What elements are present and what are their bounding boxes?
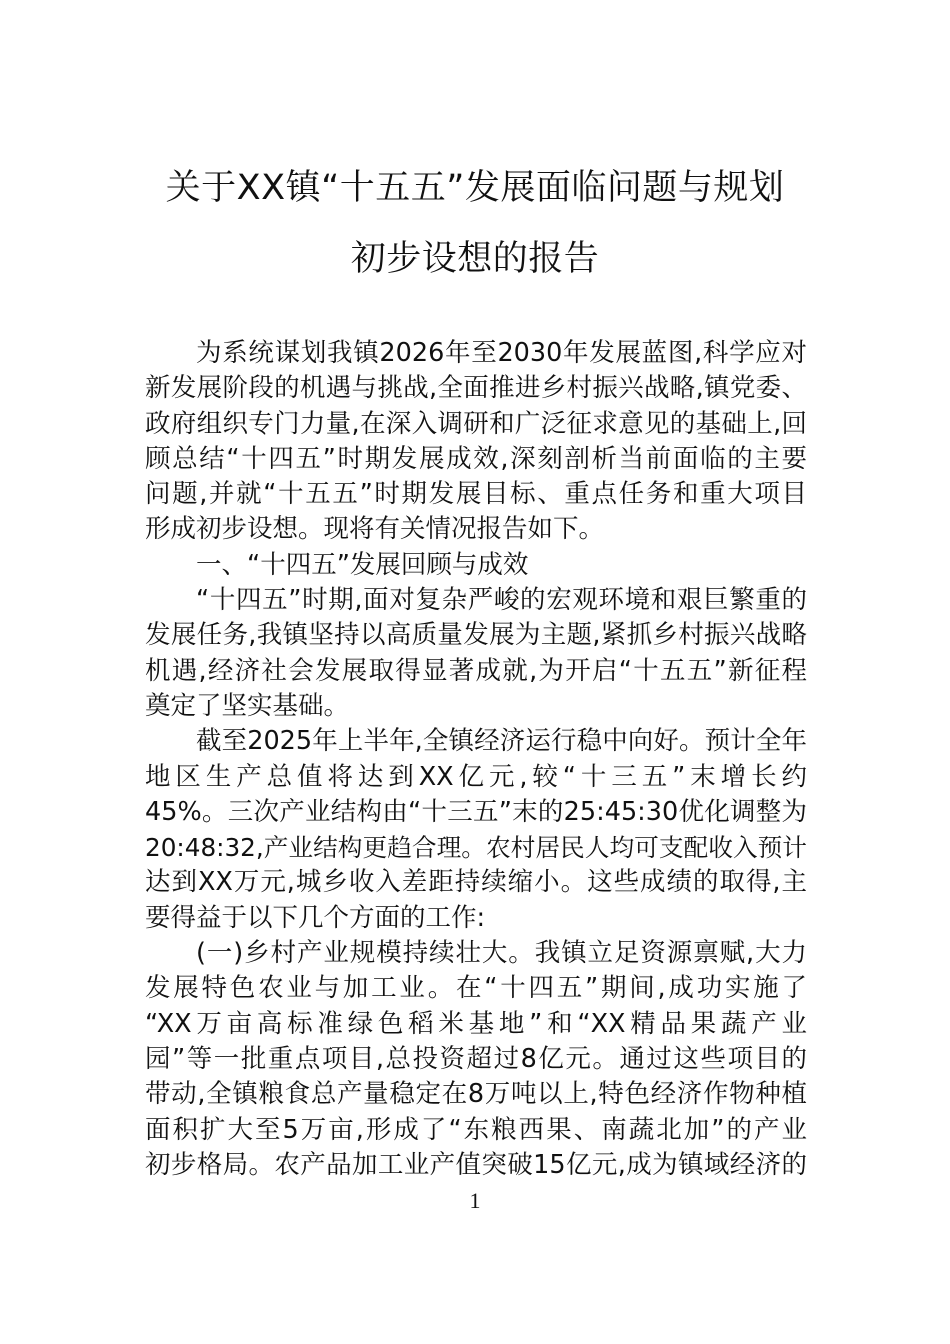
body-text-line: 一、“十四五”发展回顾与成效 — [145, 548, 807, 583]
body-text-line: 截至2025年上半年,全镇经济运行稳中向好。预计全年 — [145, 724, 807, 759]
body-text-line: 45%。三次产业结构由“十三五”末的25:45:30优化调整为 — [145, 795, 807, 830]
body-text-line: 地区生产总值将达到XX亿元,较“十三五”末增长约 — [145, 760, 807, 795]
body-text-line: 新发展阶段的机遇与挑战,全面推进乡村振兴战略,镇党委、 — [145, 371, 807, 406]
body-text-line: 20:48:32,产业结构更趋合理。农村居民人均可支配收入预计 — [145, 830, 807, 865]
body-text-line: 顾总结“十四五”时期发展成效,深刻剖析当前面临的主要 — [145, 442, 807, 477]
title-line-2: 初步设想的报告 — [140, 239, 810, 279]
body-text-line: 带动,全镇粮食总产量稳定在8万吨以上,特色经济作物种植 — [145, 1077, 807, 1112]
body-text-line: 为系统谋划我镇2026年至2030年发展蓝图,科学应对 — [145, 336, 807, 371]
body-text-line: 形成初步设想。现将有关情况报告如下。 — [145, 512, 807, 547]
body-text-line: “XX万亩高标准绿色稻米基地”和“XX精品果蔬产业 — [145, 1007, 807, 1042]
title-line-1: 关于XX镇“十五五”发展面临问题与规划 — [140, 168, 810, 208]
body-text-line: (一)乡村产业规模持续壮大。我镇立足资源禀赋,大力 — [145, 936, 807, 971]
body-text-line: 初步格局。农产品加工业产值突破15亿元,成为镇域经济的 — [145, 1148, 807, 1183]
body-text-line: 园”等一批重点项目,总投资超过8亿元。通过这些项目的 — [145, 1042, 807, 1077]
document-page: 关于XX镇“十五五”发展面临问题与规划 初步设想的报告 为系统谋划我镇2026年… — [0, 0, 950, 1344]
body-text-line: 面积扩大至5万亩,形成了“东粮西果、南蔬北加”的产业 — [145, 1113, 807, 1148]
document-title: 关于XX镇“十五五”发展面临问题与规划 初步设想的报告 — [140, 168, 810, 279]
body-text-line: 发展特色农业与加工业。在“十四五”期间,成功实施了 — [145, 971, 807, 1006]
body-text-line: 问题,并就“十五五”时期发展目标、重点任务和重大项目 — [145, 477, 807, 512]
body-text-line: “十四五”时期,面对复杂严峻的宏观环境和艰巨繁重的 — [145, 583, 807, 618]
page-number: 1 — [0, 1188, 950, 1214]
document-body: 为系统谋划我镇2026年至2030年发展蓝图,科学应对新发展阶段的机遇与挑战,全… — [145, 336, 807, 1183]
body-text-line: 要得益于以下几个方面的工作: — [145, 901, 807, 936]
body-text-line: 机遇,经济社会发展取得显著成就,为开启“十五五”新征程 — [145, 654, 807, 689]
body-text-line: 奠定了坚实基础。 — [145, 689, 807, 724]
body-text-line: 政府组织专门力量,在深入调研和广泛征求意见的基础上,回 — [145, 407, 807, 442]
body-text-line: 发展任务,我镇坚持以高质量发展为主题,紧抓乡村振兴战略 — [145, 618, 807, 653]
body-text-line: 达到XX万元,城乡收入差距持续缩小。这些成绩的取得,主 — [145, 865, 807, 900]
